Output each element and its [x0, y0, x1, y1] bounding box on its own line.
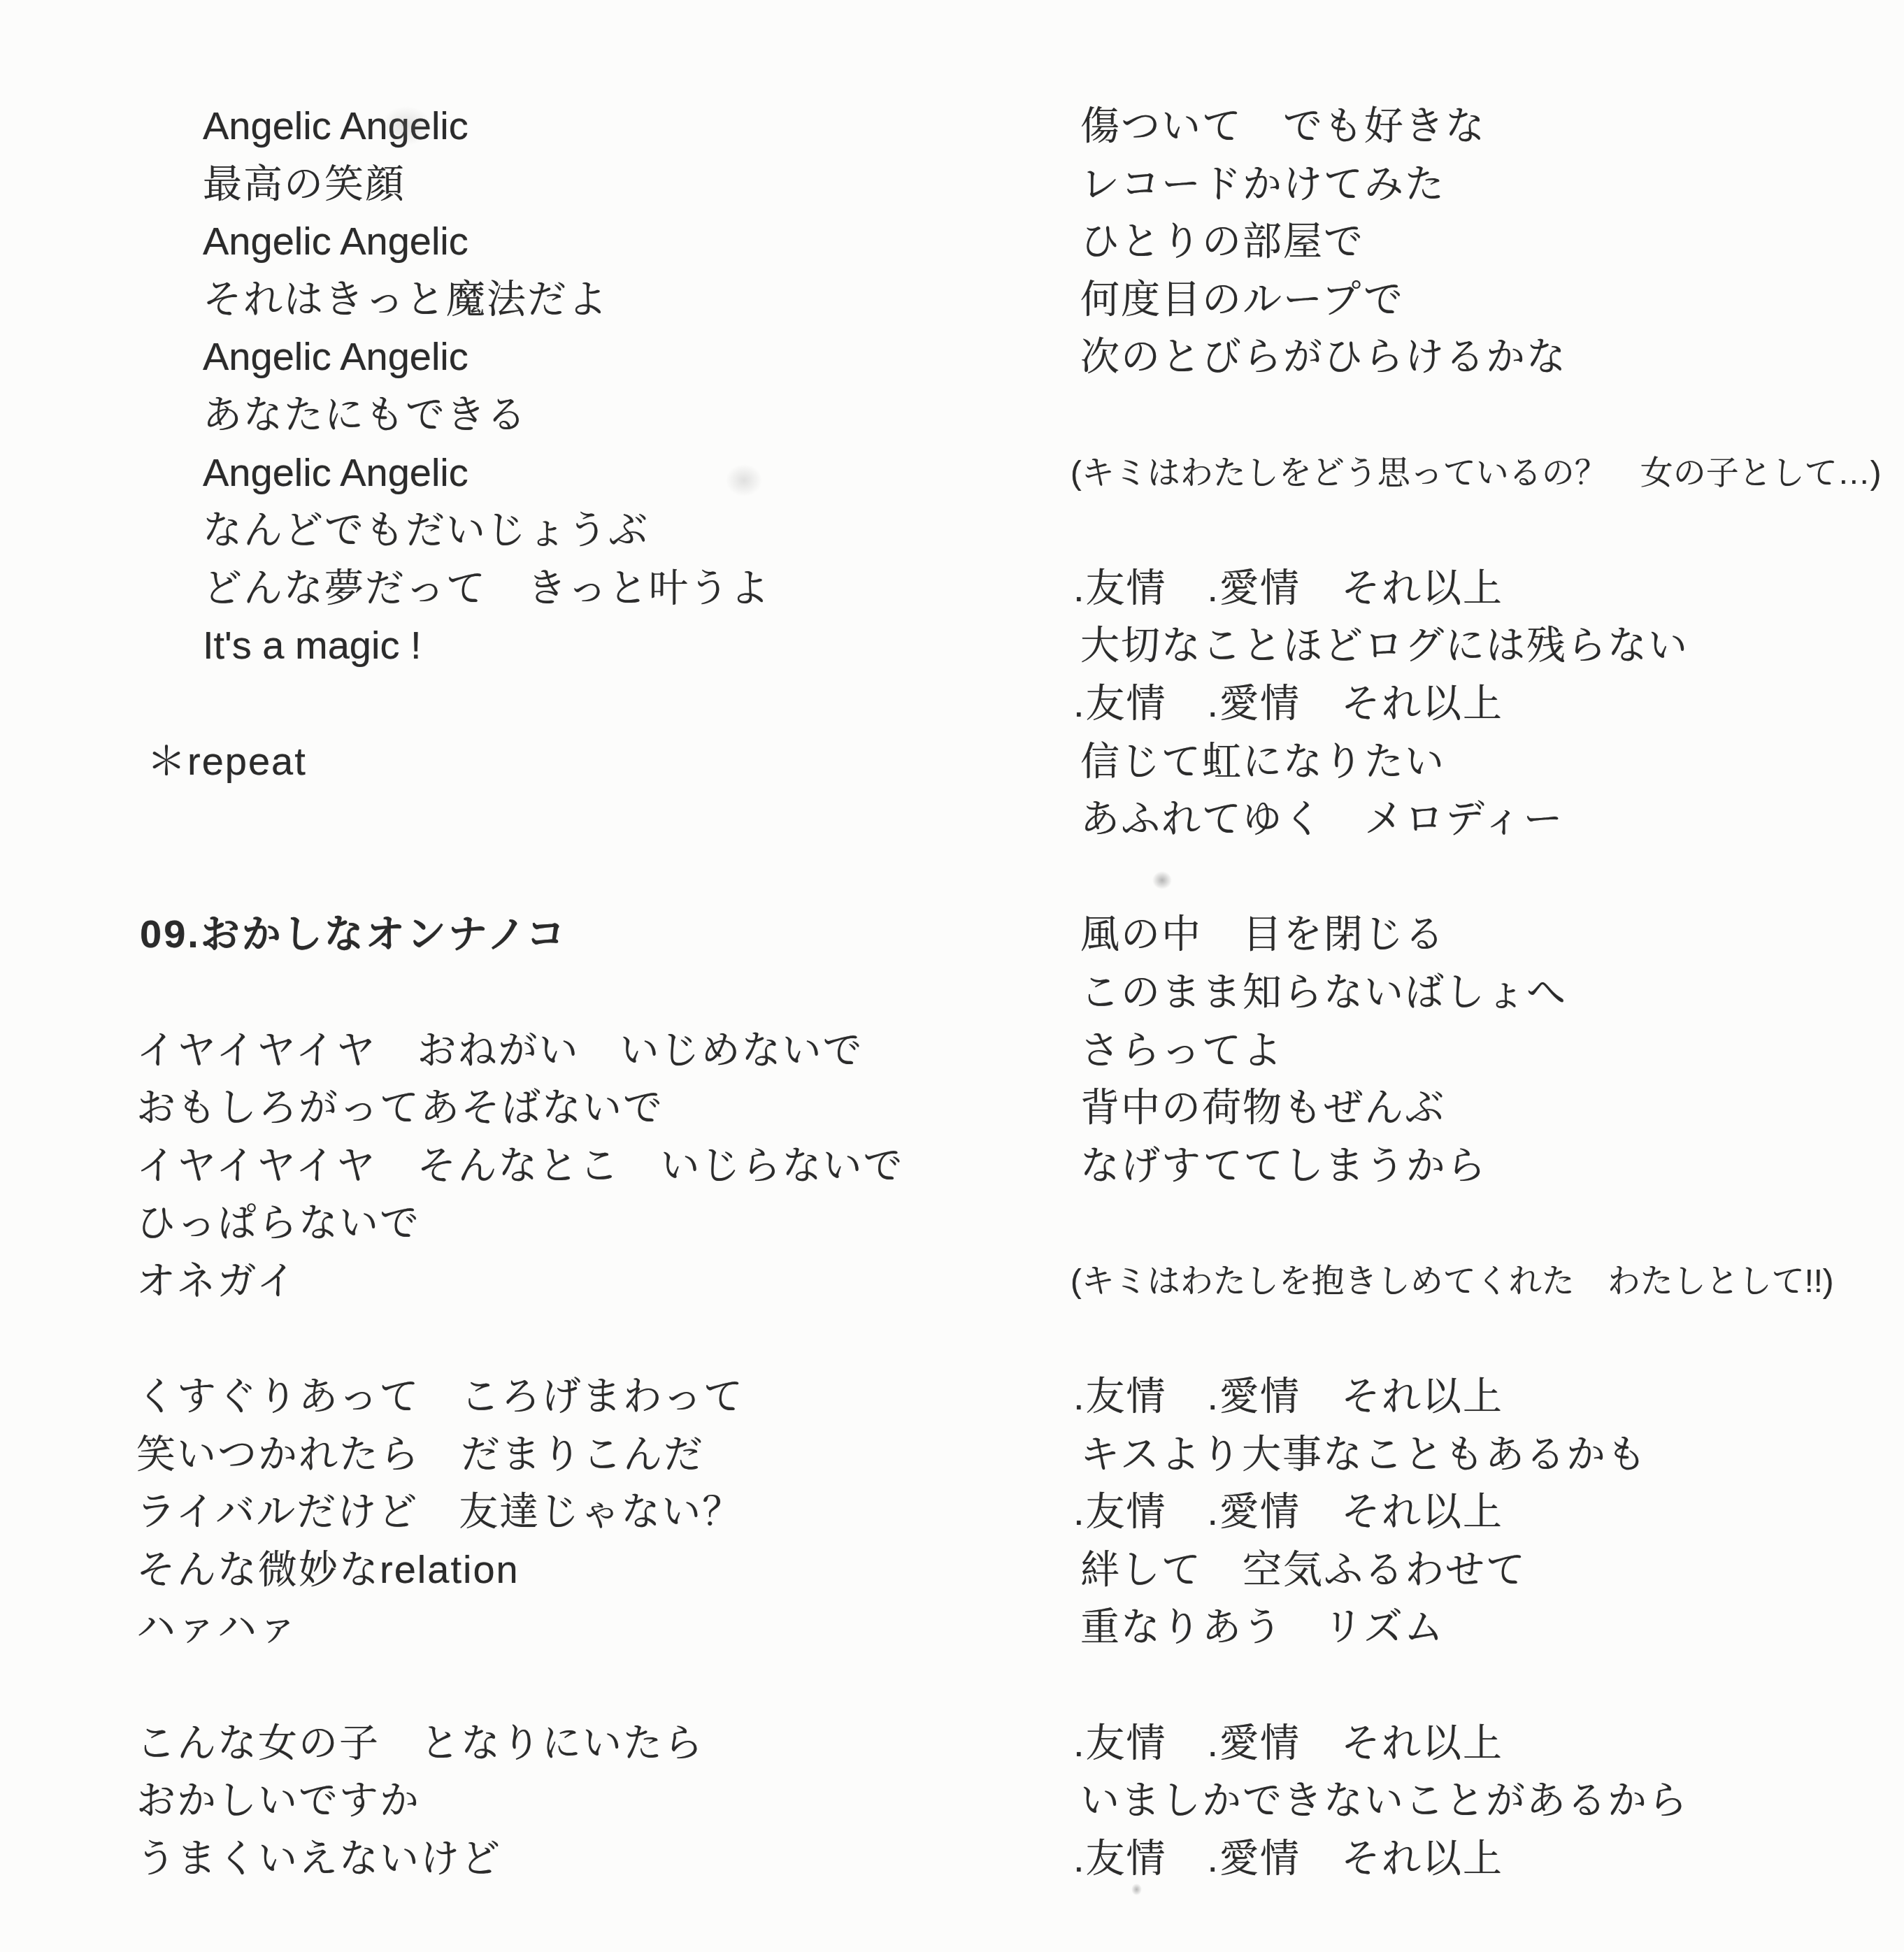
lyric-line: Angelic Angelic	[136, 213, 1073, 271]
blank-line	[136, 848, 1073, 906]
lyric-line: ハァハァ	[136, 1598, 1073, 1656]
lyric-line: Angelic Angelic	[136, 444, 1073, 502]
lyric-line: どんな夢だって きっと叶うよ	[136, 559, 1073, 617]
lyric-line: ひっぱらないで	[136, 1194, 1073, 1252]
lyric-line: なげすててしまうから	[1080, 1137, 1898, 1195]
blank-line	[136, 1656, 1073, 1714]
lyric-line: そんな微妙なrelation	[136, 1541, 1073, 1599]
lyric-line: あふれてゆく メロディー	[1080, 790, 1898, 848]
lyric-line: おもしろがってあそばないで	[136, 1079, 1073, 1137]
scan-smudge	[726, 464, 762, 496]
lyric-line: 大切なことほどログには残らない	[1080, 617, 1898, 675]
blank-line	[1080, 1656, 1898, 1714]
lyric-line: .友情 .愛情 それ以上	[1080, 559, 1898, 617]
lyric-line: 最高の笑顔	[136, 155, 1073, 213]
lyric-line: Angelic Angelic	[136, 328, 1073, 386]
lyric-line: キスより大事なこともあるかも	[1080, 1426, 1898, 1484]
lyric-line: 絆して 空気ふるわせて	[1080, 1541, 1898, 1599]
lyric-line: いましかできないことがあるから	[1080, 1772, 1898, 1830]
right-column: 傷ついて でも好きなレコードかけてみたひとりの部屋で何度目のループで次のとびらが…	[1080, 97, 1898, 1887]
lyric-line: 重なりあう リズム	[1080, 1598, 1898, 1656]
lyric-line: こんな女の子 となりにいたら	[136, 1714, 1073, 1772]
left-column: Angelic Angelic最高の笑顔Angelic Angelicそれはきっ…	[136, 97, 1073, 1887]
blank-line	[1080, 1194, 1898, 1252]
lyric-line: .友情 .愛情 それ以上	[1080, 1368, 1898, 1426]
lyric-line: くすぐりあって ころげまわって	[136, 1368, 1073, 1426]
lyric-line: ひとりの部屋で	[1080, 213, 1898, 271]
lyric-line: It's a magic !	[136, 617, 1073, 675]
repeat-marker: ＊repeat	[136, 733, 1073, 791]
lyric-line: あなたにもできる	[136, 386, 1073, 444]
lyric-line: 次のとびらがひらけるかな	[1080, 328, 1898, 386]
blank-line	[1080, 1309, 1898, 1368]
lyric-line: 笑いつかれたら だまりこんだ	[136, 1426, 1073, 1484]
lyric-line: イヤイヤイヤ おねがい いじめないで	[136, 1021, 1073, 1079]
lyric-line: 風の中 目を閉じる	[1080, 905, 1898, 963]
lyric-line: Angelic Angelic	[136, 97, 1073, 155]
scan-smudge	[1152, 871, 1172, 889]
blank-line	[1080, 386, 1898, 444]
lyrics-page: Angelic Angelic最高の笑顔Angelic Angelicそれはきっ…	[0, 0, 1904, 1952]
scan-smudge	[1131, 1883, 1142, 1895]
lyric-line: 何度目のループで	[1080, 271, 1898, 329]
lyric-line: なんどでもだいじょうぶ	[136, 501, 1073, 559]
lyric-line: おかしいですか	[136, 1772, 1073, 1830]
lyric-line: .友情 .愛情 それ以上	[1080, 1830, 1898, 1888]
lyric-line: .友情 .愛情 それ以上	[1080, 1483, 1898, 1541]
lyric-line: レコードかけてみた	[1080, 155, 1898, 213]
lyric-line: .友情 .愛情 それ以上	[1080, 1714, 1898, 1772]
lyric-line: さらってよ	[1080, 1021, 1898, 1079]
lyric-line: このまま知らないばしょへ	[1080, 963, 1898, 1021]
blank-line	[136, 675, 1073, 733]
lyric-line: イヤイヤイヤ そんなとこ いじらないで	[136, 1137, 1073, 1195]
blank-line	[1080, 501, 1898, 559]
blank-line	[136, 1309, 1073, 1368]
lyric-line: うまくいえないけど	[136, 1830, 1073, 1888]
blank-line	[1080, 848, 1898, 906]
lyric-line: (キミはわたしを抱きしめてくれた わたしとして!!)	[1080, 1252, 1898, 1310]
lyric-line: 信じて虹になりたい	[1080, 733, 1898, 791]
lyric-line: (キミはわたしをどう思っているの？ 女の子として…)	[1080, 444, 1898, 502]
lyric-line: それはきっと魔法だよ	[136, 271, 1073, 329]
lyric-line: .友情 .愛情 それ以上	[1080, 675, 1898, 733]
blank-line	[136, 790, 1073, 848]
lyric-line: オネガイ	[136, 1252, 1073, 1310]
scan-smudge	[381, 106, 431, 145]
blank-line	[136, 963, 1073, 1021]
lyric-line: ライバルだけど 友達じゃない？	[136, 1483, 1073, 1541]
lyric-line: 傷ついて でも好きな	[1080, 97, 1898, 155]
song-title: 09.おかしなオンナノコ	[136, 905, 1073, 963]
lyric-line: 背中の荷物もぜんぶ	[1080, 1079, 1898, 1137]
